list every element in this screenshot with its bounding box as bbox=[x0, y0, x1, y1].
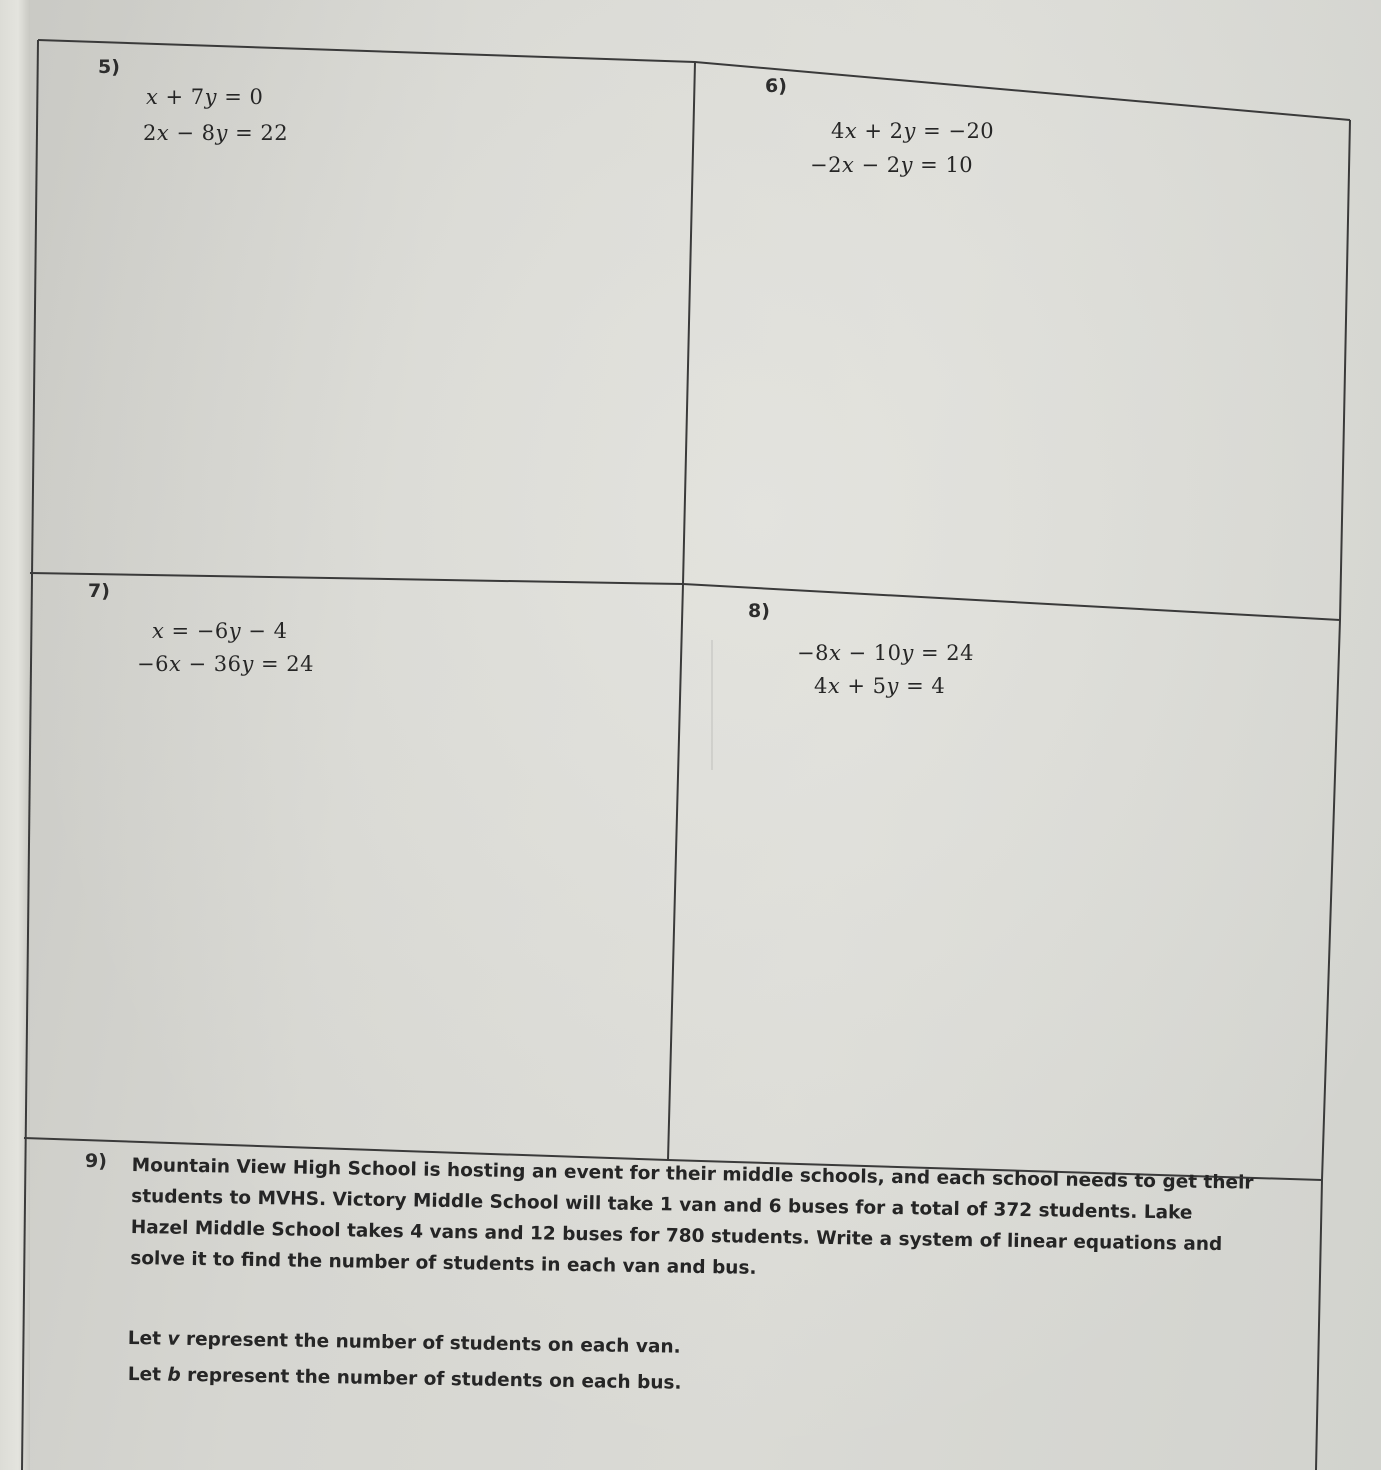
problem-5-number: 5) bbox=[98, 56, 120, 78]
grid-left-border bbox=[22, 40, 38, 1470]
problem-8-equation-1: −8x − 10y = 24 bbox=[797, 641, 974, 665]
problem-5-equation-2: 2x − 8y = 22 bbox=[143, 121, 288, 145]
problem-7-equation-1: x = −6y − 4 bbox=[152, 619, 287, 643]
problem-5-equation-1: x + 7y = 0 bbox=[146, 85, 263, 109]
problem-6-equation-2: −2x − 2y = 10 bbox=[810, 153, 973, 177]
grid-middle-divider bbox=[668, 62, 695, 1160]
grid-row-divider-1 bbox=[30, 573, 1340, 620]
problem-6-number: 6) bbox=[765, 75, 787, 97]
variable-symbol: b bbox=[167, 1365, 181, 1386]
problem-8-number: 8) bbox=[748, 600, 770, 622]
grid-right-border bbox=[1316, 120, 1350, 1470]
problem-9-number: 9) bbox=[85, 1150, 107, 1172]
definition-prefix: Let bbox=[128, 1364, 168, 1386]
problem-7-number: 7) bbox=[88, 580, 110, 602]
variable-symbol: v bbox=[167, 1329, 179, 1350]
problem-8-equation-2: 4x + 5y = 4 bbox=[814, 674, 945, 698]
definition-prefix: Let bbox=[128, 1328, 168, 1350]
problem-7-equation-2: −6x − 36y = 24 bbox=[137, 652, 314, 676]
problem-6-equation-1: 4x + 2y = −20 bbox=[831, 119, 994, 143]
problem-9-text: Mountain View High School is hosting an … bbox=[130, 1150, 1322, 1293]
